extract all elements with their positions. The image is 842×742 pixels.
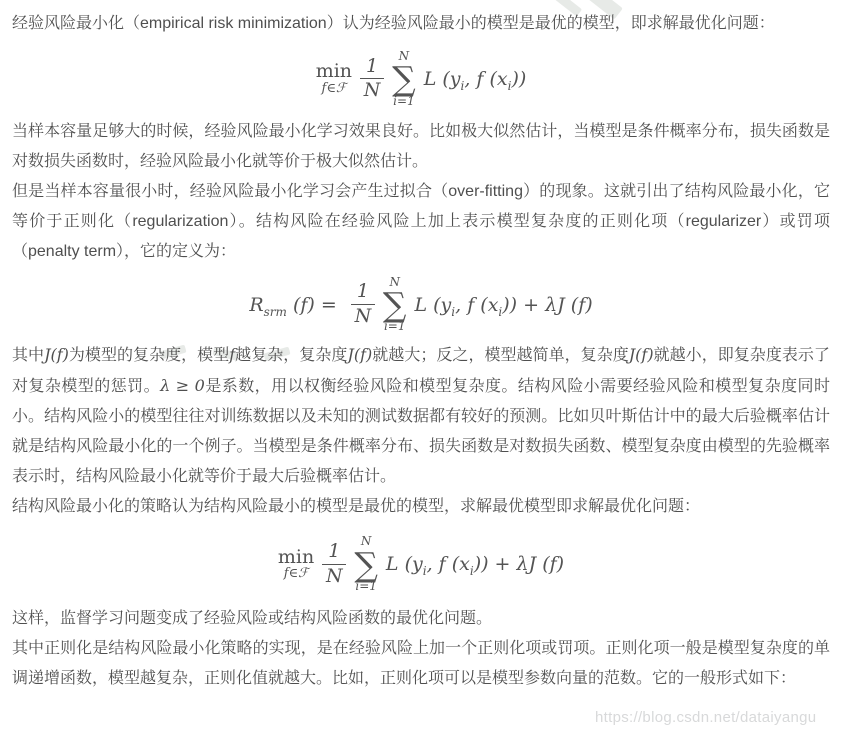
formula-empirical-risk-min: min f∈ℱ 1 N N ∑ i=1 L (yi, f (xi)): [12, 50, 830, 108]
summation-symbol: N ∑ i=1: [392, 50, 416, 108]
formula-structural-risk-min: min f∈ℱ 1 N N ∑ i=1 L (yi, f (xi)) + λJ …: [12, 535, 830, 593]
fraction-one-over-n: 1 N: [351, 281, 375, 328]
summation-symbol: N ∑ i=1: [354, 535, 378, 593]
paragraph-large-sample: 当样本容量足够大的时候，经验风险最小化学习效果良好。比如极大似然估计，当模型是条…: [12, 117, 830, 177]
min-operator: min f∈ℱ: [316, 62, 352, 96]
loss-expression: L (yi, f (xi)): [424, 68, 527, 90]
paragraph-srm-strategy: 结构风险最小化的策略认为结构风险最小的模型是最优的模型，求解最优模型即求解最优化…: [12, 492, 830, 522]
paragraph-regularization-general-form: 其中正则化是结构风险最小化策略的实现，是在经验风险上加一个正则化项或罚项。正则化…: [12, 634, 830, 694]
sigma-icon: ∑: [383, 289, 407, 320]
paragraph-overfitting-regularization: 但是当样本容量很小时，经验风险最小化学习会产生过拟合（over-fitting）…: [12, 177, 830, 267]
article-content: 经验风险最小化（empirical risk minimization）认为经验…: [12, 9, 830, 694]
fraction-one-over-n: 1 N: [360, 56, 384, 103]
fraction-one-over-n: 1 N: [322, 541, 346, 588]
loss-expression: L (yi, f (xi)) + λJ (f): [414, 294, 592, 316]
paragraph-empirical-risk-intro: 经验风险最小化（empirical risk minimization）认为经验…: [12, 9, 830, 39]
sigma-icon: ∑: [392, 63, 416, 94]
srm-lhs: Rsrm (f) =: [249, 294, 343, 316]
loss-expression: L (yi, f (xi)) + λJ (f): [386, 553, 564, 575]
paragraph-complexity-explained: 其中J(f)为模型的复杂度，模型f越复杂，复杂度J(f)就越大；反之，模型越简单…: [12, 340, 830, 492]
watermark-url: https://blog.csdn.net/dataiyangu: [595, 709, 816, 726]
paragraph-supervised-optimization: 这样，监督学习问题变成了经验风险或结构风险函数的最优化问题。: [12, 604, 830, 634]
formula-structural-risk-def: Rsrm (f) = 1 N N ∑ i=1 L (yi, f (xi)) + …: [12, 276, 830, 334]
summation-symbol: N ∑ i=1: [383, 276, 407, 334]
min-operator: min f∈ℱ: [278, 548, 314, 582]
sigma-icon: ∑: [354, 549, 378, 580]
